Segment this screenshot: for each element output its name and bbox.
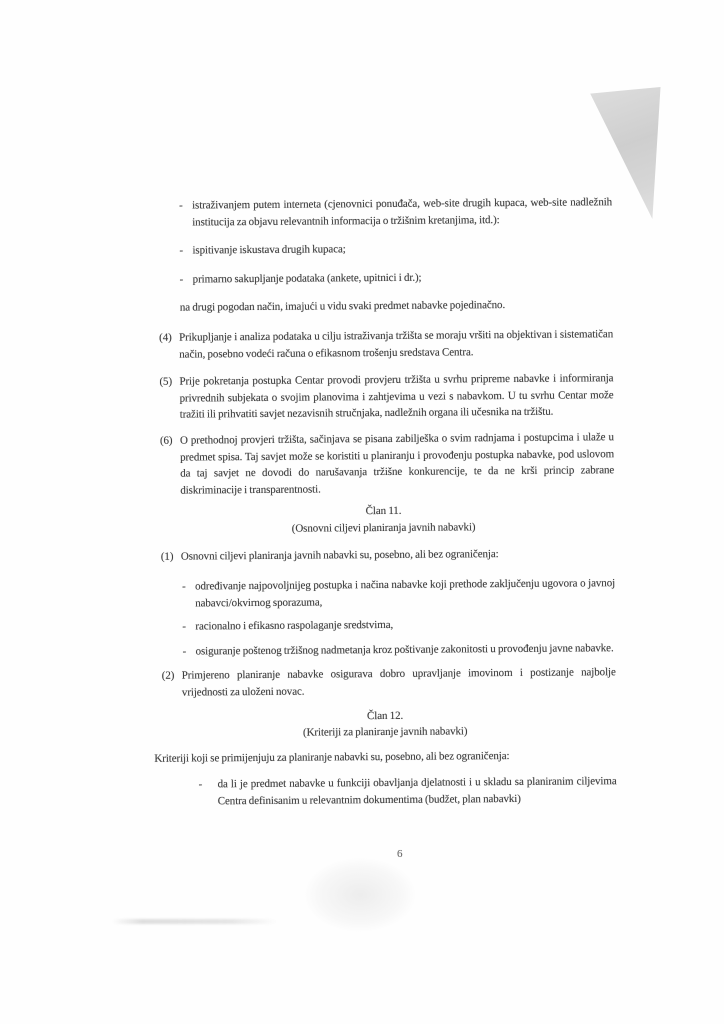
list-item: - da li je predmet nabavke u funkciji ob… — [155, 774, 617, 811]
dash-bullet: - — [179, 197, 192, 230]
paragraph-number: (1) — [161, 548, 181, 565]
planning-goals-list: - određivanje najpovoljnijeg postupka i … — [153, 575, 616, 660]
paragraph-number: (2) — [162, 668, 182, 701]
list-item: - primarno sakupljanje podataka (ankete,… — [151, 268, 613, 288]
list-item-text: da li je predmet nabavke u funkciji obav… — [218, 774, 617, 810]
paragraph-number: (6) — [160, 433, 181, 500]
scan-smudge-artifact — [285, 845, 435, 945]
list-item-text: istraživanjem putem interneta (cjenovnic… — [192, 194, 612, 230]
paragraph-number: (4) — [159, 330, 179, 363]
list-item: - određivanje najpovoljnijeg postupka i … — [153, 575, 615, 612]
dash-bullet: - — [183, 643, 196, 660]
article-12-subtitle: (Kriteriji za planiranje javnih nabavki) — [154, 722, 616, 742]
dash-bullet: - — [180, 271, 193, 288]
scan-streak-artifact — [112, 919, 277, 924]
dash-bullet: - — [182, 619, 195, 636]
paragraph-1: (1) Osnovni ciljevi planiranja javnih na… — [153, 545, 615, 565]
paragraph-text: Prikupljanje i analiza podataka u cilju … — [179, 326, 613, 363]
scanned-document-page: - istraživanjem putem interneta (cjenovn… — [0, 0, 724, 1024]
paragraph-2: (2) Primjereno planiranje nabavke osigur… — [154, 665, 616, 702]
list-item-text: racionalno i efikasno raspolaganje sreds… — [195, 615, 615, 635]
paragraph-6: (6) O prethodnoj provjeri tržišta, sačin… — [152, 429, 615, 499]
dash-bullet: - — [182, 579, 195, 612]
list-item: - istraživanjem putem interneta (cjenovn… — [150, 194, 612, 231]
criteria-intro: Kriteriji koji se primijenjuju za planir… — [154, 747, 616, 767]
list-item-text: primarno sakupljanje podataka (ankete, u… — [193, 268, 613, 288]
list-item: - ispitivanje iskustava drugih kupaca; — [150, 239, 612, 259]
paragraph-text: O prethodnoj provjeri tržišta, sačinjava… — [180, 429, 615, 499]
article-12-heading: Član 12. (Kriteriji za planiranje javnih… — [154, 706, 616, 743]
article-11-subtitle: (Osnovni ciljevi planiranja javnih nabav… — [153, 518, 615, 538]
dash-bullet: na drugi pogodan način, imajući u vidu s… — [180, 297, 613, 317]
list-item-text: ispitivanje iskustava drugih kupaca; — [192, 239, 612, 259]
planning-criteria-list: - da li je predmet nabavke u funkciji ob… — [155, 774, 617, 811]
list-item-text: određivanje najpovoljnijeg postupka i na… — [195, 575, 615, 611]
paragraph-text: Osnovni ciljevi planiranja javnih nabavk… — [181, 545, 615, 565]
paragraph-text: Prije pokretanja postupka Centar provodi… — [179, 370, 613, 423]
list-item: na drugi pogodan način, imajući u vidu s… — [151, 297, 613, 317]
document-body: - istraživanjem putem interneta (cjenovn… — [150, 194, 617, 810]
list-item: - osiguranje poštenog tržišnog nadmetanj… — [154, 640, 616, 660]
list-item-text: osiguranje poštenog tržišnog nadmetanja … — [196, 640, 616, 660]
paragraph-text: Primjereno planiranje nabavke osigurava … — [182, 665, 616, 702]
market-research-methods-list: - istraživanjem putem interneta (cjenovn… — [150, 194, 613, 317]
list-item: - racionalno i efikasno raspolaganje sre… — [153, 615, 615, 635]
article-11-heading: Član 11. (Osnovni ciljevi planiranja jav… — [152, 501, 614, 538]
dash-bullet: - — [179, 243, 192, 260]
paragraph-4: (4) Prikupljanje i analiza podataka u ci… — [151, 326, 613, 363]
paragraph-number: (5) — [159, 374, 179, 424]
paragraph-5: (5) Prije pokretanja postupka Centar pro… — [151, 370, 613, 423]
dash-bullet: - — [199, 777, 218, 810]
page-number: 6 — [397, 848, 403, 860]
